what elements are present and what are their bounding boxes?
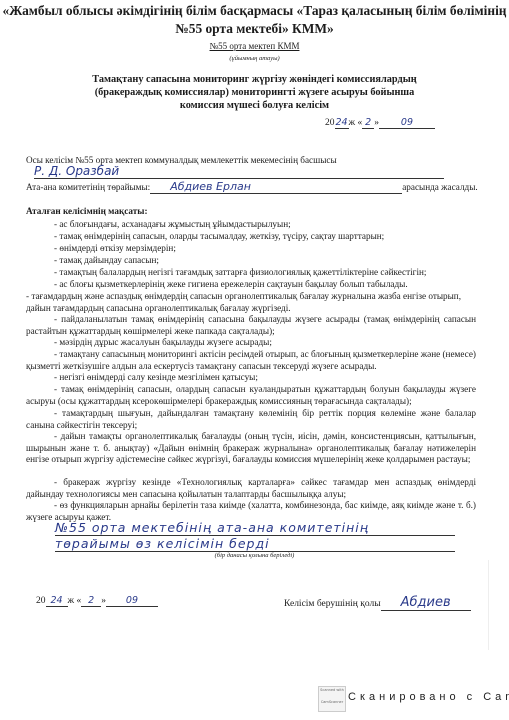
date-sep1: ж « xyxy=(68,596,82,606)
camscanner-logo-line-1: Scanned with xyxy=(319,687,345,693)
date-year: 24 xyxy=(46,595,68,607)
copy-caption: (бір данасы қолына беріледі) xyxy=(0,552,509,559)
goal-item: - тамақ дайындау сапасын; xyxy=(54,255,159,265)
goal-item: - ас блоғындағы, асханадағы жұмыстың ұйы… xyxy=(54,219,291,229)
committee-label: Ата-ана комитетінің төрайымы: xyxy=(26,182,150,192)
goal-paragraph: - бракераж жүргізу кезінде «Технологиялы… xyxy=(26,477,476,500)
organization-caption: (ұйымның атауы) xyxy=(0,55,509,62)
handwritten-statement-line-2: төрайымы өз келісімін берді xyxy=(55,536,455,552)
date-bottom: 2024ж «2»09 xyxy=(36,595,158,607)
document-title: Тамақтану сапасына мониторинг жүргізу жө… xyxy=(0,73,509,112)
camscanner-logo-icon: Scanned with CamScanner xyxy=(318,686,346,712)
goal-paragraph: - мәзірдің дұрыс жасалуын бақылауды жүзе… xyxy=(26,337,476,349)
director-handwritten: Р. Д. Оразбай xyxy=(34,164,444,179)
date-sep1: ж « xyxy=(349,118,363,128)
goal-item: - тамақ өнімдерінің сапасын, оларды тасы… xyxy=(54,231,384,241)
goal-paragraph: - дайын тамақты органолептикалық бағалау… xyxy=(26,431,476,466)
document-title-line-2: (бракераждық комиссиялар) мониторингті ж… xyxy=(0,86,509,99)
date-year: 24 xyxy=(335,117,349,129)
signature-block: Келісім берушінің қолыАбдиев xyxy=(284,595,471,611)
date-prefix: 20 xyxy=(325,118,335,128)
goal-paragraph: - пайдаланылатын тамақ өнімдерінің сапас… xyxy=(26,314,476,337)
goal-paragraph: - тамақтану сапасының мониторингі актісі… xyxy=(26,349,476,372)
committee-line: Ата-ана комитетінің төрайымы:Абдиев Ерла… xyxy=(26,180,486,194)
document-title-line-1: Тамақтану сапасына мониторинг жүргізу жө… xyxy=(0,73,509,86)
date-prefix: 20 xyxy=(36,596,46,606)
goal-paragraph: - тамақ өнімдерінің сапасын, олардың сап… xyxy=(26,384,476,407)
date-month: 09 xyxy=(106,595,158,607)
camscanner-logo-line-2: CamScanner xyxy=(319,699,345,705)
date-day: 2 xyxy=(81,595,101,607)
goal-item: - ас блоғы қызметкерлерінің жеке гигиена… xyxy=(54,279,408,289)
goal-paragraph: - негізгі өнімдерді салу кезінде мезгілі… xyxy=(26,372,476,384)
goal-item: - өнімдерді өткізу мерзімдерін; xyxy=(54,243,176,253)
committee-handwritten: Абдиев Ерлан xyxy=(150,180,402,194)
date-day: 2 xyxy=(362,117,374,129)
header-title: «Жамбыл облысы әкімдігінің білім басқарм… xyxy=(0,2,509,38)
header-line-2: №55 орта мектебі» КММ» xyxy=(0,20,509,38)
goals-heading: Аталған келісімнің мақсаты: xyxy=(26,206,476,218)
committee-suffix: арасында жасалды. xyxy=(402,182,477,192)
signature-label: Келісім берушінің қолы xyxy=(284,599,381,609)
handwritten-statement-line-1: №55 орта мектебінің ата-ана комитетінің xyxy=(55,520,455,536)
date-top: 2024ж «2»09 xyxy=(325,117,435,129)
scanner-watermark: Сканировано с Cam xyxy=(348,691,509,703)
date-month: 09 xyxy=(379,117,435,129)
organization-name: №55 орта мектеп КММ xyxy=(0,41,509,51)
goal-item: - тамақтың балалардың негізгі тағамдық з… xyxy=(54,267,426,277)
scan-edge xyxy=(488,560,489,650)
signature-handwritten: Абдиев xyxy=(381,595,471,611)
goal-paragraph: - тамақтардың шығуын, дайындалған тамақт… xyxy=(26,408,476,431)
header-line-1: «Жамбыл облысы әкімдігінің білім басқарм… xyxy=(0,2,509,20)
document-title-line-3: комиссия мүшесі болуға келісім xyxy=(0,99,509,112)
goal-paragraph: - тағамдардың және аспаздық өнімдердің с… xyxy=(26,291,476,314)
